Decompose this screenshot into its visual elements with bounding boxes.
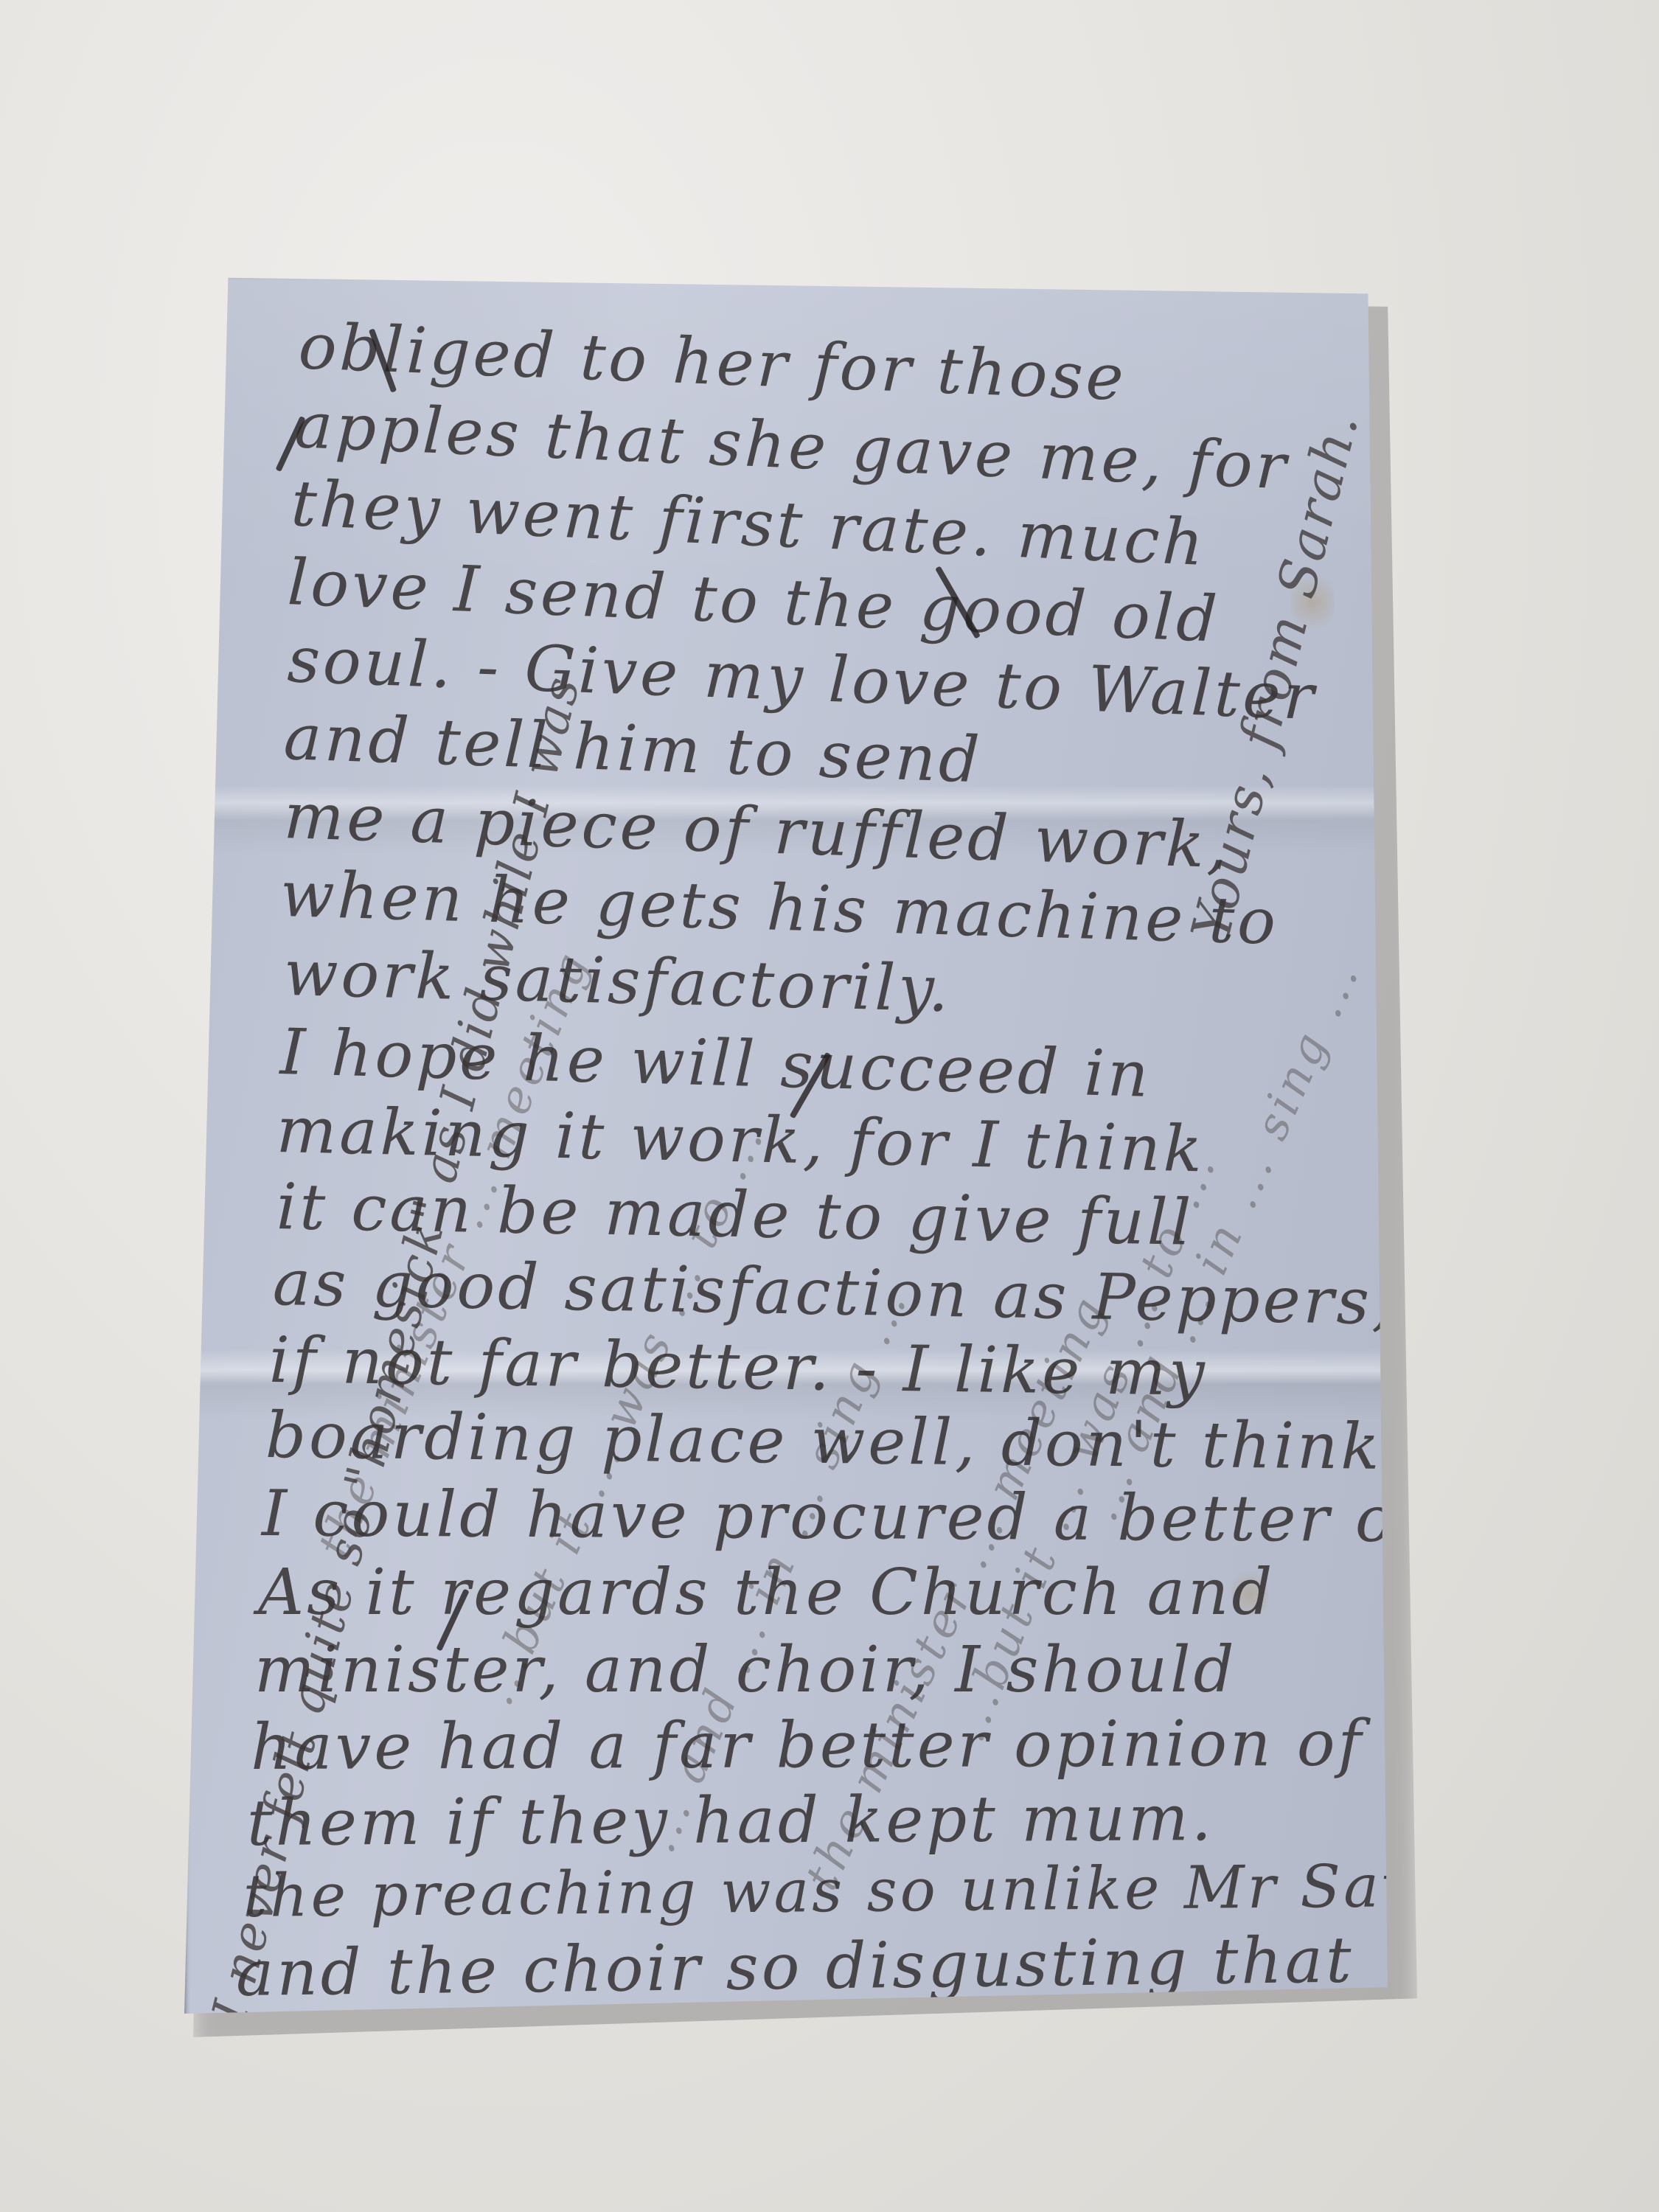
letter-line-6: and tell him to send (283, 706, 984, 792)
letter-line-15: boarding place well, don't think (265, 1404, 1382, 1479)
letter-line-10: I hope he will succeed in (279, 1020, 1152, 1107)
letter-line-20: them if they had kept mum. (247, 1787, 1214, 1855)
letter-sheet: the minister ... meeting ...but it ... w… (184, 274, 1401, 2037)
letter-line-18: minister, and choir, I should (254, 1638, 1237, 1702)
main-text-layer: obliged to her for those apples that she… (184, 274, 1401, 2037)
letter-line-9: work satisfactorily. (283, 942, 953, 1021)
letter-line-16: I could have procured a better one. (262, 1482, 1504, 1552)
letter-line-17: As it regards the Church and (258, 1561, 1275, 1624)
letter-line-19: have had a far better opinion of (251, 1712, 1365, 1779)
